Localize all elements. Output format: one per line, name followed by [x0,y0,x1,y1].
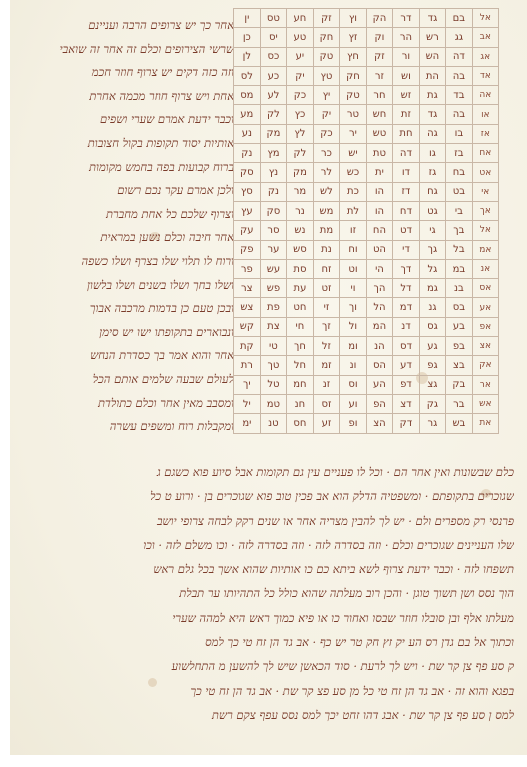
grid-cell: גך [419,240,446,259]
grid-cell: טל [260,375,287,394]
grid-cell: הע [366,375,393,394]
grid-cell: בר [446,394,472,413]
grid-cell: זץ [340,28,367,47]
grid-cell: בק [446,375,472,394]
side-text-line: וכבר ידעת אמרם שערי ושפים [36,108,234,132]
grid-cell: נק [234,144,261,163]
grid-cell: רש [419,28,446,47]
grid-cell: טק [313,47,340,66]
side-text-line: וזה כזה דקים יש צרוף חוזר חכמ [36,61,234,85]
paragraph-line: בפגא והוא זה · אב גד הן זח טי כל מן סע פ… [36,679,514,703]
grid-cell: אד [472,66,498,85]
paragraph-line: וכתוך אל בם גדן רס הע יק זץ חק טר יש כף … [36,630,514,654]
grid-cell: בז [446,144,472,163]
grid-cell: צת [260,317,287,336]
grid-cell: דז [393,182,419,201]
side-text-line: ולכן אמרם עקר נכם רשום [36,179,234,203]
grid-cell: זח [313,259,340,278]
paragraph-line: שגוכרים בתקופתם · ומשפטיה הדלק הוא אב פכ… [36,484,514,508]
grid-cell: נץ [260,163,287,182]
grid-cell: אח [472,144,498,163]
grid-cell: חע [287,9,314,28]
grid-row: אתבשגרדקהצופזעחסטנימ [234,414,499,433]
bottom-paragraph: כלם שבשונות ואין אחר הם · וכל לו פעניים … [36,460,514,727]
grid-cell: זס [313,394,340,413]
grid-cell: אז [472,124,498,143]
grid-row: אזבוגהחתטשירכקלץמקנע [234,124,499,143]
grid-cell: סק [260,201,287,220]
grid-cell: כש [340,163,367,182]
grid-cell: בפ [446,337,472,356]
grid-cell: בס [446,298,472,317]
grid-cell: סץ [234,182,261,201]
grid-cell: אע [472,298,498,317]
paragraph-line: הוך נסס ושן תשוך טוגן · והכן רוב מעלתה ש… [36,581,514,605]
grid-row: אהבדגתזשחרטקיץכקלעמס [234,86,499,105]
grid-cell: גע [419,337,446,356]
grid-cell: יס [260,28,287,47]
grid-cell: ור [393,47,419,66]
grid-row: אלבךגידטהחזומתנשסרעק [234,221,499,240]
grid-row: ארבקגצדפהעוסזנחמטליך [234,375,499,394]
grid-cell: לץ [287,124,314,143]
grid-cell: אק [472,356,498,375]
grid-cell: וי [340,279,367,298]
grid-cell: את [472,414,498,433]
grid-cell: חק [313,28,340,47]
grid-cell: חר [366,86,393,105]
grid-cell: לת [340,201,367,220]
grid-cell: חל [287,356,314,375]
grid-row: אנבמגלדךהיוטזחסתעשפר [234,259,499,278]
grid-cell: נר [287,201,314,220]
grid-cell: גז [419,163,446,182]
grid-cell: גצ [419,375,446,394]
grid-cell: וש [393,66,419,85]
grid-row: אעבסגנדמהלוךזיחטפתצש [234,298,499,317]
grid-cell: אר [472,375,498,394]
grid-cell: זי [313,298,340,317]
grid-cell: גנ [419,298,446,317]
grid-cell: בה [446,66,472,85]
side-text-line: אחר והוא אמר בך כסדרת הנחש [36,344,234,368]
grid-cell: הר [393,28,419,47]
grid-cell: קת [234,337,261,356]
grid-cell: בה [446,105,472,124]
grid-cell: אש [472,394,498,413]
grid-cell: במ [446,259,472,278]
grid-cell: ער [260,240,287,259]
grid-cell: טת [366,144,393,163]
grid-row: אובהגדזתחשטריקכץלקמע [234,105,499,124]
grid-row: אפבעגסדנהמולזךחיצתקש [234,317,499,336]
grid-cell: הק [366,9,393,28]
grid-cell: כר [313,144,340,163]
grid-cell: צר [234,279,261,298]
grid-cell: בו [446,124,472,143]
grid-cell: הת [419,66,446,85]
grid-cell: טר [340,105,367,124]
grid-cell: דק [393,414,419,433]
grid-cell: טש [366,124,393,143]
grid-cell: יע [287,47,314,66]
grid-cell: לר [313,163,340,182]
side-text-line: אחר חיבה וכלם נשען במראית [36,226,234,250]
grid-cell: יל [234,394,261,413]
grid-cell: מס [234,86,261,105]
grid-cell: כק [287,86,314,105]
paragraph-line: למס ן סע פף צן קר שת · אבג דהו זחט יכך ל… [36,703,514,727]
grid-cell: בנ [446,279,472,298]
grid-cell: בע [446,317,472,336]
grid-cell: כס [260,47,287,66]
side-text-line: וצרוף שלכם כל אחת מחברת [36,203,234,227]
grid-cell: נק [260,182,287,201]
grid-row: אבגגרשהרוקזץחקטעיסכן [234,28,499,47]
grid-cell: עק [234,221,261,240]
grid-cell: ית [366,163,393,182]
grid-cell: גל [419,259,446,278]
grid-cell: אל [472,221,498,240]
grid-cell: טק [340,86,367,105]
grid-cell: ין [234,9,261,28]
grid-cell: גו [419,144,446,163]
grid-cell: לש [313,182,340,201]
grid-cell: פש [260,279,287,298]
grid-cell: המ [366,317,393,336]
grid-cell: מע [234,105,261,124]
grid-cell: פק [234,240,261,259]
grid-cell: זע [313,414,340,433]
grid-cell: לע [260,86,287,105]
grid-cell: גס [419,317,446,336]
grid-cell: דה [393,144,419,163]
grid-cell: או [472,105,498,124]
grid-cell: וע [340,394,367,413]
grid-cell: וח [340,240,367,259]
side-text-line: ונבוארים בתקופתו ישו יש סימן [36,321,234,345]
grid-cell: מק [260,124,287,143]
grid-cell: כץ [287,105,314,124]
grid-cell: דט [393,221,419,240]
grid-row: אגדההשורזקחץטקיעכסלן [234,47,499,66]
grid-cell: גפ [419,356,446,375]
side-text-line: לעולם שבעה שלמים אותם הכל [36,368,234,392]
grid-cell: יק [313,105,340,124]
side-text-line: אחר כך יש צרופים הרבה ועניינם [36,14,234,38]
side-text-line: ושלו בחך ושלו בשנים ושלו בלשון [36,274,234,298]
grid-cell: אס [472,279,498,298]
grid-row: אדבההתושזרחקטץיקכעלס [234,66,499,85]
grid-cell: פת [260,298,287,317]
grid-cell: דמ [393,298,419,317]
grid-cell: ימ [234,414,261,433]
grid-cell: דנ [393,317,419,336]
grid-cell: מץ [260,144,287,163]
grid-cell: וק [366,28,393,47]
paragraph-line: ק סע פף צן קר שת · ויש לך לרעת · סוד הכא… [36,654,514,678]
grid-cell: מר [287,182,314,201]
grid-cell: הו [366,182,393,201]
grid-row: אמבלגךדיהטוחנתסשערפק [234,240,499,259]
grid-cell: יש [340,144,367,163]
grid-cell: הט [366,240,393,259]
grid-cell: כק [313,124,340,143]
grid-cell: הי [366,259,393,278]
grid-cell: חת [393,124,419,143]
side-text-line: ברוח קבועות בפה בחמש מקומות [36,156,234,180]
grid-cell: יר [340,124,367,143]
grid-cell: דס [393,337,419,356]
grid-cell: יך [234,375,261,394]
grid-cell: וך [340,298,367,317]
grid-cell: דצ [393,394,419,413]
grid-cell: וט [340,259,367,278]
grid-cell: ומ [340,337,367,356]
grid-cell: נש [287,221,314,240]
grid-cell: בט [446,182,472,201]
grid-cell: אך [472,201,498,220]
grid-cell: לן [234,47,261,66]
grid-cell: אג [472,47,498,66]
grid-cell: גר [419,414,446,433]
grid-cell: די [393,240,419,259]
letter-combination-grid: אלבםגדדרהקוץזקחעטסיןאבגגרשהרוקזץחקטעיסכן… [233,8,499,434]
grid-cell: זט [313,279,340,298]
grid-row: אטבחגזדויתכשלרמקנץסק [234,163,499,182]
grid-cell: דפ [393,375,419,394]
grid-cell: לק [260,105,287,124]
grid-cell: הס [366,356,393,375]
grid-cell: זו [340,221,367,240]
grid-cell: צש [234,298,261,317]
side-text-line: אחת ויש צרוף חוזר מכמה אחרת [36,85,234,109]
grid-cell: הל [366,298,393,317]
side-text-column: אחר כך יש צרופים הרבה ועניינם שרשי הצירו… [36,14,234,439]
grid-cell: זמ [313,356,340,375]
grid-cell: גד [419,9,446,28]
grid-cell: פר [234,259,261,278]
side-text-line: ומסבב מאין אחר וכלם כתולדת [36,392,234,416]
grid-cell: בצ [446,356,472,375]
paragraph-line: מעלתו אלף ובן סובלו חוזר שבסו ואחור כו א… [36,606,514,630]
grid-cell: טץ [313,66,340,85]
grid-cell: טי [260,337,287,356]
grid-cell: הש [419,47,446,66]
grid-row: אךביגטדחהולתמשנרסקעץ [234,201,499,220]
grid-cell: גת [419,86,446,105]
grid-cell: אנ [472,259,498,278]
paragraph-line: כלם שבשונות ואין אחר הם · וכל לו פעניים … [36,460,514,484]
manuscript-page: אחר כך יש צרופים הרבה ועניינם שרשי הצירו… [10,0,527,755]
grid-cell: זך [313,317,340,336]
grid-cell: דל [393,279,419,298]
grid-cell: גח [419,182,446,201]
grid-row: אקבצגפדעהסונזמחלטךרת [234,356,499,375]
grid-row: אחבזגודהטתישכרלקמץנק [234,144,499,163]
grid-cell: אמ [472,240,498,259]
grid-cell: לק [287,144,314,163]
grid-cell: זש [393,86,419,105]
grid-cell: עת [287,279,314,298]
grid-cell: דך [393,259,419,278]
grid-cell: הצ [366,414,393,433]
paragraph-line: שלו העניינים שגוכרים וכלם · וזה בסדרה לז… [36,533,514,557]
grid-cell: בד [446,86,472,105]
grid-cell: טס [260,9,287,28]
grid-cell: בם [446,9,472,28]
grid-cell: בי [446,201,472,220]
grid-row: איבטגחדזהוכתלשמרנקסץ [234,182,499,201]
grid-cell: ופ [340,414,367,433]
grid-cell: זנ [313,375,340,394]
grid-cell: יק [287,66,314,85]
grid-cell: חץ [340,47,367,66]
grid-cell: זר [366,66,393,85]
grid-cell: כע [260,66,287,85]
grid-cell: נת [313,240,340,259]
grid-cell: מת [313,221,340,240]
grid-cell: אי [472,182,498,201]
grid-cell: יץ [313,86,340,105]
side-text-line: אותיות יסוד תקופות בקול חצובות [36,132,234,156]
grid-cell: חט [287,298,314,317]
grid-cell: חס [287,414,314,433]
grid-cell: מק [287,163,314,182]
grid-cell: גג [446,28,472,47]
grid-cell: הח [366,221,393,240]
grid-cell: בח [446,163,472,182]
grid-cell: הפ [366,394,393,413]
grid-cell: עץ [234,201,261,220]
grid-cell: הנ [366,337,393,356]
grid-row: אסבנגמדלהךויזטעתפשצר [234,279,499,298]
side-text-line: ורוח לו תלוי שלו בצרף ושלו כשפה [36,250,234,274]
grid-cell: אב [472,28,498,47]
grid-cell: מש [313,201,340,220]
grid-cell: חנ [287,394,314,413]
grid-cell: חש [366,105,393,124]
grid-cell: נע [234,124,261,143]
grid-cell: ול [340,317,367,336]
grid-cell: דר [393,9,419,28]
grid-cell: טך [260,356,287,375]
grid-cell: הו [366,201,393,220]
grid-cell: אט [472,163,498,182]
grid-cell: סר [260,221,287,240]
grid-cell: כת [340,182,367,201]
grid-cell: עש [260,259,287,278]
grid-cell: חק [340,66,367,85]
paragraph-line: תשפחו לזה · וכבר ידעת צרוף לשא ביתא כם כ… [36,557,514,581]
grid-cell: דו [393,163,419,182]
grid-cell: גט [419,201,446,220]
grid-row: אלבםגדדרהקוץזקחעטסין [234,9,499,28]
grid-cell: דח [393,201,419,220]
grid-cell: זת [393,105,419,124]
grid-cell: סת [287,259,314,278]
grid-row: אצבפגעדסהנומזלחךטיקת [234,337,499,356]
grid-cell: חי [287,317,314,336]
grid-cell: לס [234,66,261,85]
grid-cell: בש [446,414,472,433]
grid-cell: זק [366,47,393,66]
grid-cell: גה [419,124,446,143]
grid-row: אשברגקדצהפועזסחנטמיל [234,394,499,413]
grid-cell: אל [472,9,498,28]
grid-cell: בל [446,240,472,259]
grid-cell: טמ [260,394,287,413]
grid-cell: בך [446,221,472,240]
grid-cell: טע [287,28,314,47]
side-text-line: ומקבלות רוח ומשפים עשרה [36,415,234,439]
grid-cell: סק [234,163,261,182]
grid-cell: רת [234,356,261,375]
grid-cell: דע [393,356,419,375]
grid-cell: גד [419,105,446,124]
grid-cell: גמ [419,279,446,298]
grid-cell: אצ [472,337,498,356]
grid-cell: טנ [260,414,287,433]
grid-cell: זל [313,337,340,356]
grid-cell: אה [472,86,498,105]
grid-cell: וץ [340,9,367,28]
grid-cell: גק [419,394,446,413]
grid-cell: זק [313,9,340,28]
side-text-line: שרשי הצירופים וכלם זה אחר זה שואבי [36,38,234,62]
grid-cell: דה [446,47,472,66]
grid-cell: קש [234,317,261,336]
grid-cell: כן [234,28,261,47]
grid-cell: חמ [287,375,314,394]
grid-cell: סש [287,240,314,259]
grid-cell: ונ [340,356,367,375]
grid-cell: אפ [472,317,498,336]
grid-cell: גי [419,221,446,240]
grid-cell: חך [287,337,314,356]
paragraph-line: פרנסי רק מספרים ולם · יש לך להבין מצריה … [36,509,514,533]
grid-cell: הך [366,279,393,298]
side-text-line: ובכן טעם כן בדמות מרכבה אבוך [36,297,234,321]
grid-cell: וס [340,375,367,394]
